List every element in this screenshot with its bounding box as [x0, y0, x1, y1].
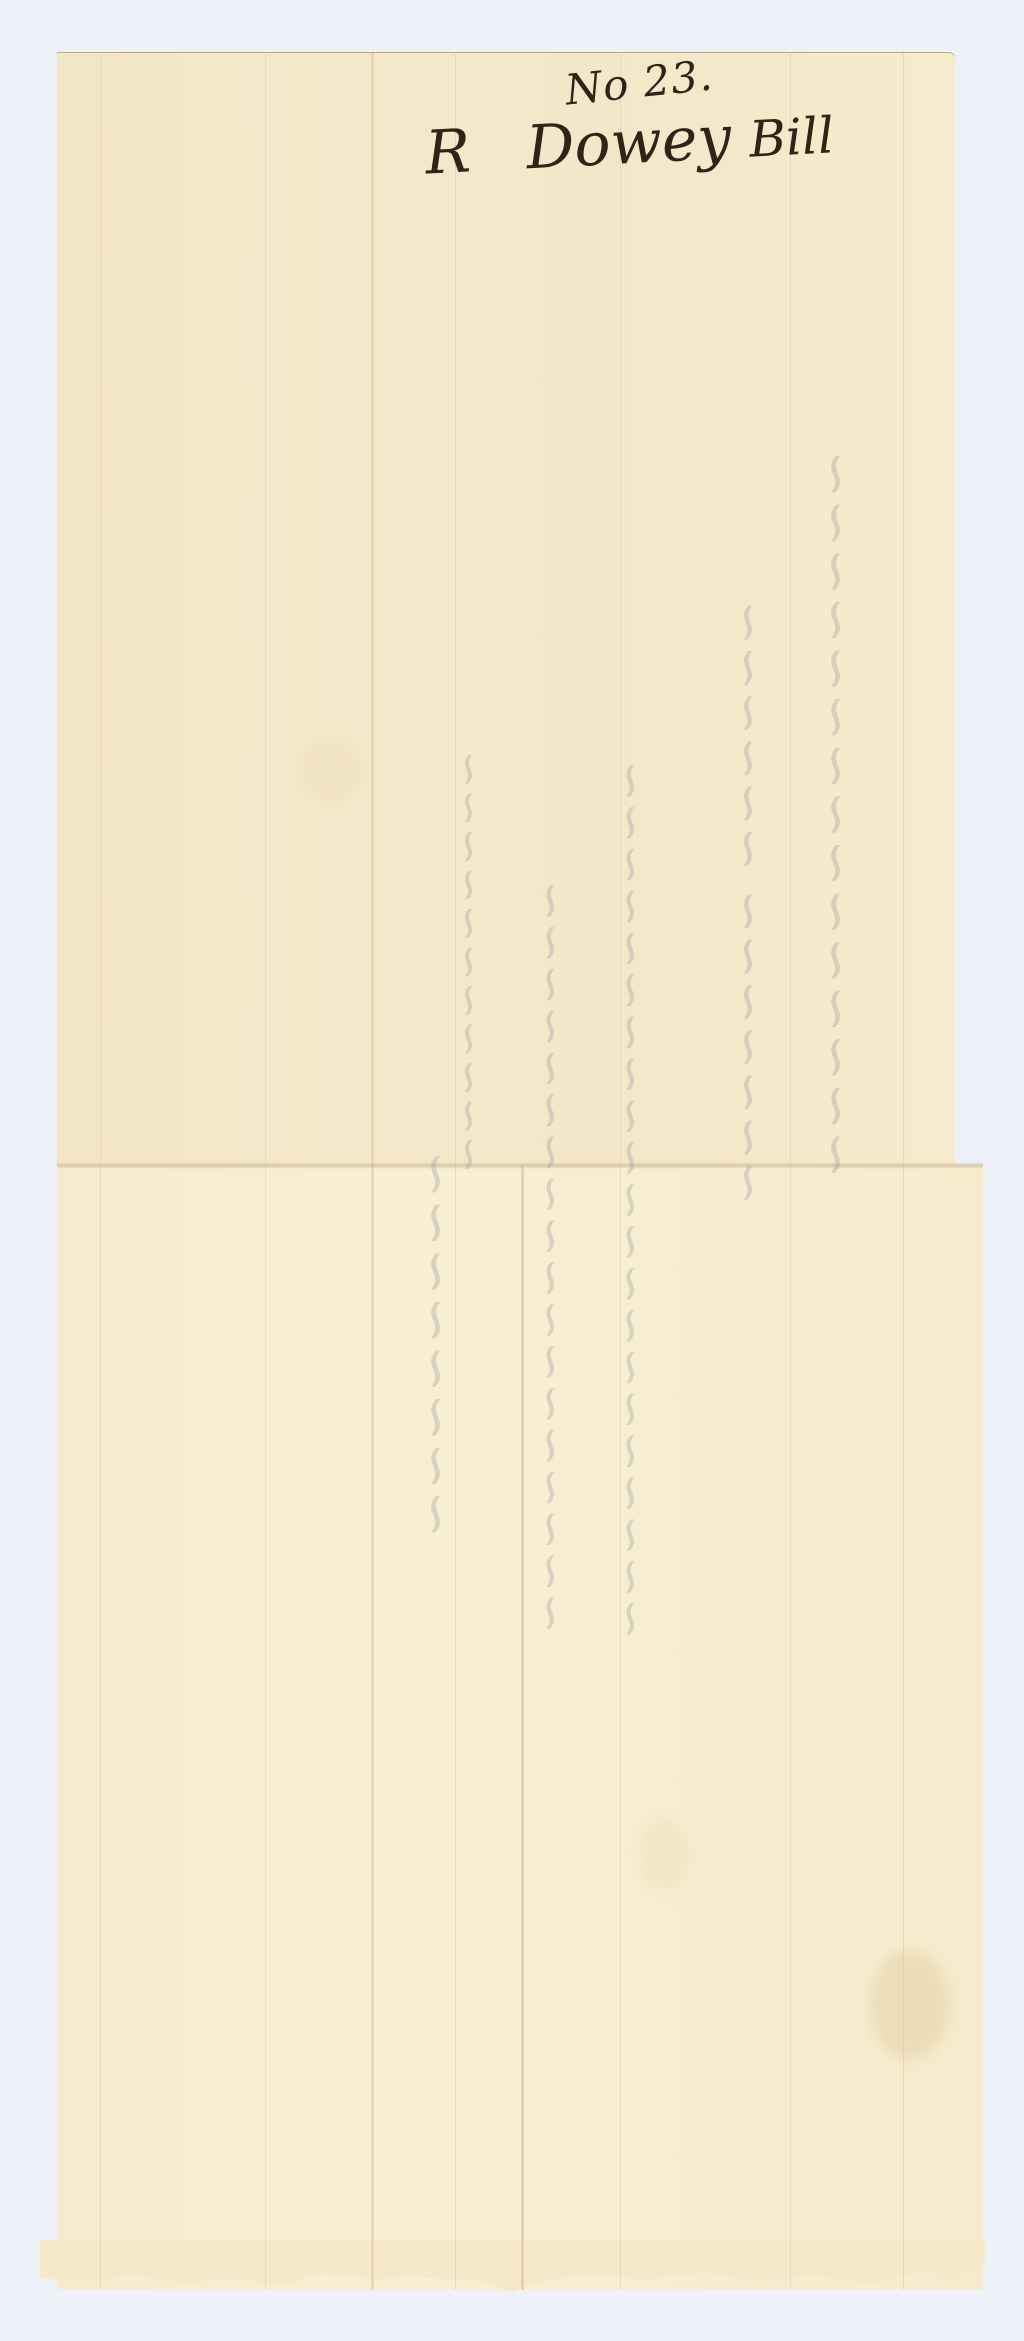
- vertical-fold-line: [371, 52, 374, 2290]
- bleed-through-script: ~~~~~~~~~~~~~~~~~~~~~: [600, 760, 658, 1640]
- bleed-through-script: ~~~~~~~~: [400, 1150, 468, 1539]
- paper-stain: [300, 740, 360, 800]
- bleed-through-script: ~~~~~~~~~~~~~~~: [800, 450, 868, 1179]
- paper-stain: [640, 1820, 690, 1890]
- bleed-through-script: ~~~~~~ ~~~~~~~: [715, 600, 778, 1205]
- bleed-through-script: ~~~~~~~~~~~~~~~~~~: [520, 880, 578, 1634]
- bill-title-name: Dowey: [524, 103, 732, 184]
- ruled-line: [790, 52, 791, 2290]
- bill-title-initial: R: [423, 116, 472, 188]
- scanned-document: ~~~~~~~~~~~~~~~ ~~~~~~ ~~~~~~~ ~~~~~~~~~…: [0, 0, 1024, 2341]
- paper-stain: [870, 1950, 950, 2060]
- ruled-line: [100, 52, 101, 2290]
- bleed-through-script: ~~~~~~~~~~~: [440, 750, 494, 1174]
- ruled-line: [265, 52, 266, 2290]
- bill-title-word: Bill: [748, 106, 836, 168]
